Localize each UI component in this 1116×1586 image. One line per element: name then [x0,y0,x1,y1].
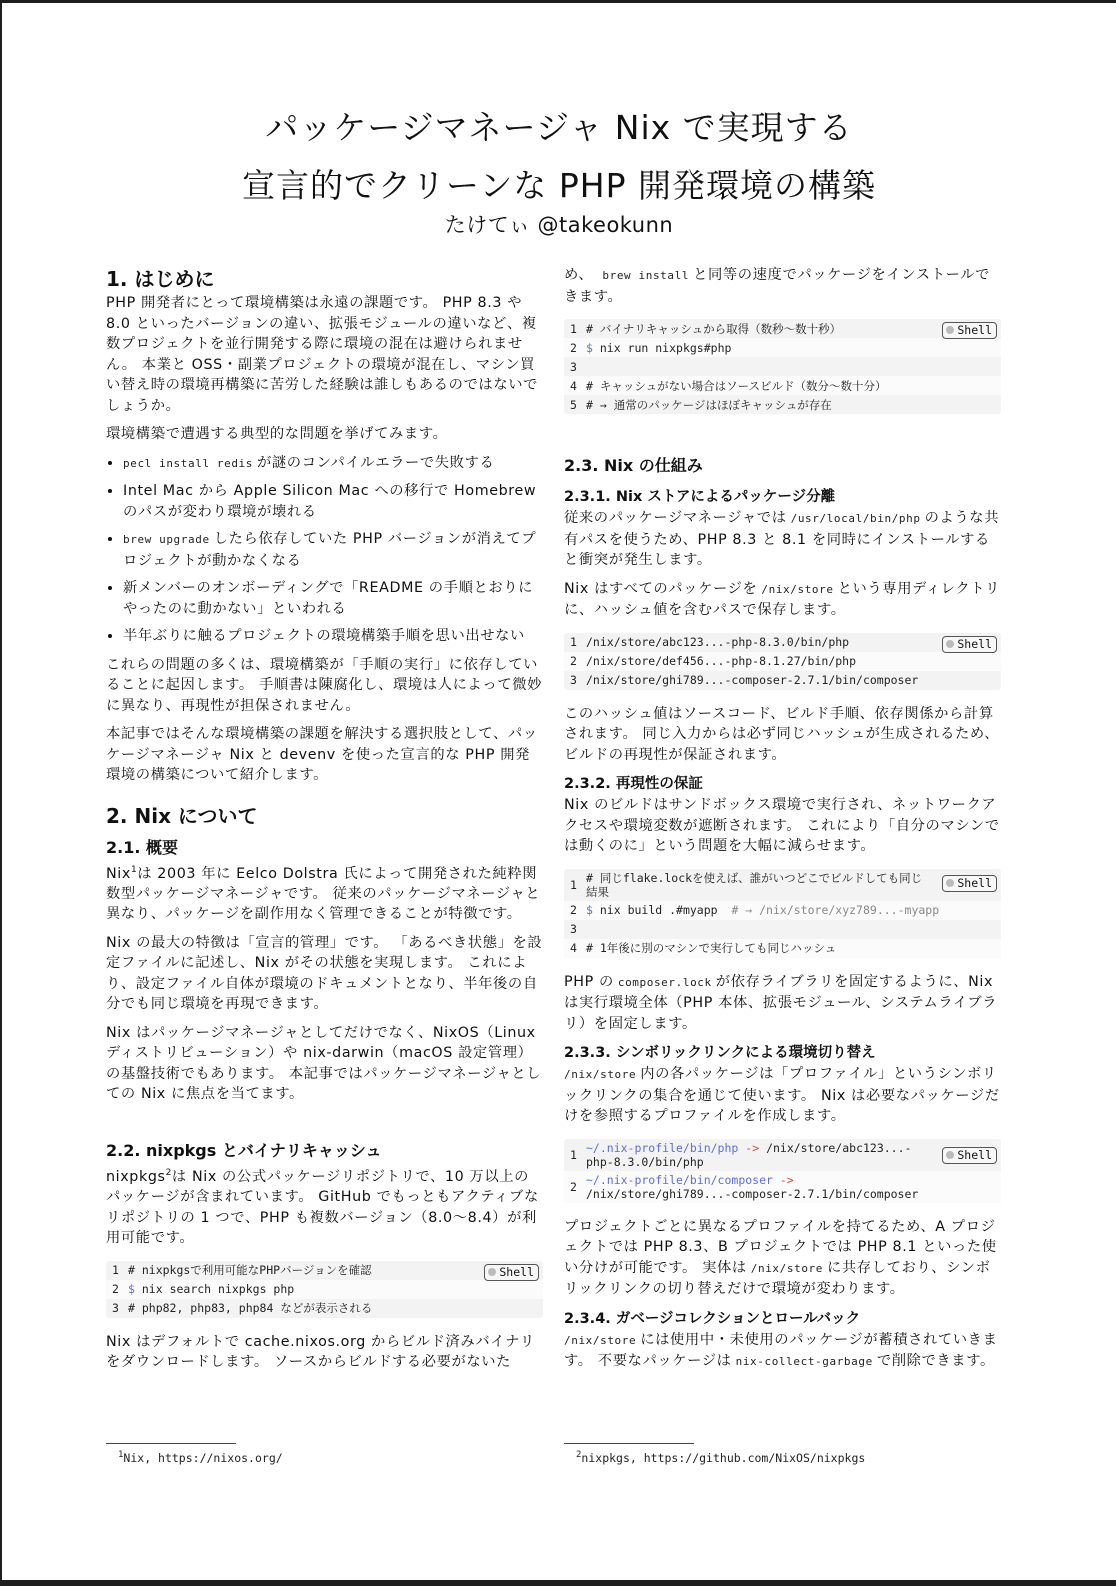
list-item: 新メンバーのオンボーディングで「README の手順とおりにやったのに動かない」… [123,578,543,619]
paragraph: nixpkgs2は Nix の公式パッケージリポジトリで、10 万以上のパッケー… [106,1163,543,1249]
code-block: 1~/.nix-profile/bin/php -> /nix/store/ab… [564,1139,1001,1203]
inline-code: /nix/store [757,583,837,596]
code-line: 2~/.nix-profile/bin/composer -> /nix/sto… [564,1171,1001,1203]
code-line: 3 [564,357,1001,376]
code-line: 1# 同じflake.lockを使えば、誰がいつどこでビルドしても同じ結果 [564,869,1001,901]
shell-icon [946,326,954,334]
paragraph: Nix はデフォルトで cache.nixos.org からビルド済みバイナリを… [106,1332,543,1373]
prompt-symbol: $ [586,903,593,917]
subsubsection-heading: 2.3.1. Nix ストアによるパッケージ分離 [564,486,1001,508]
paragraph: Nix はパッケージマネージャとしてだけでなく、NixOS（Linux ディスト… [106,1023,543,1105]
paragraph: プロジェクトごとに異なるプロファイルを持てるため、A プロジェクトでは PHP … [564,1217,1001,1300]
right-column: め、 brew installと同等の速度でパッケージをインストールできます。 … [564,265,1001,1381]
list-item: Intel Mac から Apple Silicon Mac への移行で Hom… [123,481,543,522]
inline-code: /nix/store [747,1262,827,1275]
language-badge: Shell [942,636,997,653]
shell-icon [946,640,954,648]
code-line: 1# バイナリキャッシュから取得（数秒〜数十秒） [564,319,1001,338]
paragraph: Nix はすべてのパッケージを/nix/storeという専用ディレクトリに、ハッ… [564,579,1001,621]
inline-code: brew upgrade [123,533,214,546]
list-item: 半年ぶりに触るプロジェクトの環境構築手順を思い出せない [123,626,543,647]
code-line: 2$ nix run nixpkgs#php [564,338,1001,357]
footnote-2: 2nixpkgs, https://github.com/NixOS/nixpk… [564,1443,865,1465]
code-line: 1/nix/store/abc123...-php-8.3.0/bin/php [564,633,1001,652]
left-column: 1. はじめに PHP 開発者にとって環境構築は永遠の課題です。 PHP 8.3… [106,265,543,1381]
code-line: 4# 1年後に別のマシンで実行しても同じハッシュ [564,939,1001,958]
language-badge: Shell [942,322,997,339]
inline-code: nix-collect-garbage [732,1355,877,1368]
code-line: 2$ nix build .#myapp # → /nix/store/xyz7… [564,901,1001,920]
prompt-symbol: $ [586,341,593,355]
shell-icon [946,1151,954,1159]
shell-icon [488,1268,496,1276]
paragraph: Nix の最大の特徴は「宣言的管理」です。 「あるべき状態」を設定ファイルに記述… [106,933,543,1015]
subsubsection-heading: 2.3.4. ガベージコレクションとロールバック [564,1308,1001,1330]
prompt-symbol: $ [128,1282,135,1296]
code-line: 2$ nix search nixpkgs php [106,1280,543,1299]
language-badge: Shell [942,875,997,892]
paragraph: /nix/store内の各パッケージは「プロファイル」というシンボリックリンクの… [564,1064,1001,1127]
list-item: brew upgradeしたら依存していた PHP バージョンが消えてプロジェク… [123,529,543,571]
inline-code: composer.lock [614,976,716,989]
subsubsection-heading: 2.3.2. 再現性の保証 [564,773,1001,795]
footnote-divider [106,1443,236,1444]
paragraph: PHP 開発者にとって環境構築は永遠の課題です。 PHP 8.3 や 8.0 と… [106,293,543,416]
subsection-heading: 2.3. Nix の仕組み [564,454,1001,478]
paragraph: Nix のビルドはサンドボックス環境で実行され、ネットワークアクセスや環境変数が… [564,795,1001,857]
paragraph: このハッシュ値はソースコード、ビルド手順、依存関係から計算されます。 同じ入力か… [564,704,1001,766]
inline-code: /nix/store [564,1334,640,1347]
title-line-1: パッケージマネージャ Nix で実現する [2,99,1116,157]
code-line: 2/nix/store/def456...-php-8.1.27/bin/php [564,652,1001,671]
document-page: パッケージマネージャ Nix で実現する 宣言的でクリーンな PHP 開発環境の… [2,3,1116,1580]
author: たけてぃ @takeokunn [2,209,1116,239]
footnote-divider [564,1443,694,1444]
code-block: 1/nix/store/abc123...-php-8.3.0/bin/php … [564,633,1001,690]
subsection-heading: 2.2. nixpkgs とバイナリキャッシュ [106,1139,543,1163]
subsection-heading: 2.1. 概要 [106,836,543,860]
paragraph: Nix1は 2003 年に Eelco Dolstra 氏によって開発された純粋… [106,860,543,925]
problem-list: pecl install redisが謎のコンパイルエラーで失敗する Intel… [106,453,543,647]
paragraph: 環境構築で遭遇する典型的な問題を挙げてみます。 [106,424,543,445]
language-badge: Shell [484,1264,539,1281]
inline-code: brew install [598,269,693,282]
inline-code: /nix/store [564,1068,640,1081]
document-title: パッケージマネージャ Nix で実現する 宣言的でクリーンな PHP 開発環境の… [2,99,1116,215]
language-badge: Shell [942,1147,997,1164]
code-line: 3# php82, php83, php84 などが表示される [106,1299,543,1318]
paragraph: /nix/storeには使用中・未使用のパッケージが蓄積されていきます。 不要な… [564,1330,1001,1373]
title-line-2: 宣言的でクリーンな PHP 開発環境の構築 [2,157,1116,215]
section-heading: 2. Nix について [106,802,543,830]
paragraph: PHP のcomposer.lockが依存ライブラリを固定するように、Nix は… [564,972,1001,1035]
subsubsection-heading: 2.3.3. シンボリックリンクによる環境切り替え [564,1042,1001,1064]
inline-code: /usr/local/bin/php [787,512,925,525]
code-line: 5# → 通常のパッケージはほぼキャッシュが存在 [564,395,1001,414]
code-line: 3/nix/store/ghi789...-composer-2.7.1/bin… [564,671,1001,690]
code-line: 1~/.nix-profile/bin/php -> /nix/store/ab… [564,1139,1001,1171]
list-item: pecl install redisが謎のコンパイルエラーで失敗する [123,453,543,475]
code-block: 1# バイナリキャッシュから取得（数秒〜数十秒） 2$ nix run nixp… [564,319,1001,414]
code-block: 1# 同じflake.lockを使えば、誰がいつどこでビルドしても同じ結果 2$… [564,869,1001,958]
paragraph: 従来のパッケージマネージャでは/usr/local/bin/phpのような共有パ… [564,508,1001,571]
code-line: 4# キャッシュがない場合はソースビルド（数分〜数十分） [564,376,1001,395]
code-block: 1# nixpkgsで利用可能なPHPバージョンを確認 2$ nix searc… [106,1261,543,1318]
paragraph: これらの問題の多くは、環境構築が「手順の実行」に依存していることに起因します。 … [106,655,543,717]
footnote-link[interactable]: nixpkgs, https://github.com/NixOS/nixpkg… [581,1451,865,1465]
shell-icon [946,879,954,887]
footnote-1: 1Nix, https://nixos.org/ [106,1443,283,1465]
inline-code: pecl install redis [123,457,257,470]
code-line: 3 [564,920,1001,939]
footnote-link[interactable]: Nix, https://nixos.org/ [123,1451,282,1465]
paragraph: め、 brew installと同等の速度でパッケージをインストールできます。 [564,265,1001,307]
code-line: 1# nixpkgsで利用可能なPHPバージョンを確認 [106,1261,543,1280]
paragraph: 本記事ではそんな環境構築の課題を解決する選択肢として、パッケージマネージャ Ni… [106,724,543,786]
section-heading: 1. はじめに [106,265,543,293]
